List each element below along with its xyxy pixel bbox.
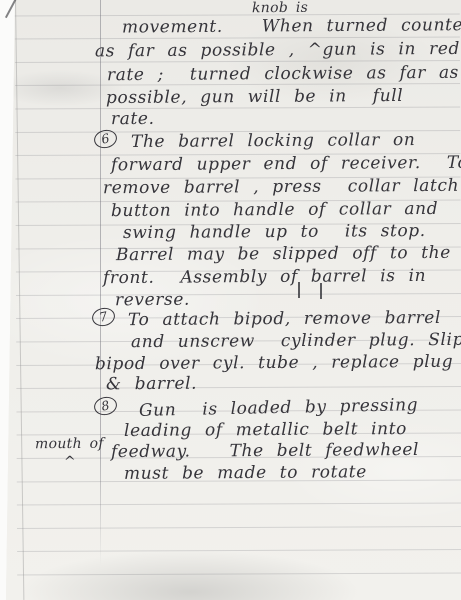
handwritten-line: feedway. The belt feedwheel [111,440,419,462]
handwritten-line: movement. When turned counterclockwise [122,14,461,37]
handwritten-line: and unscrew cylinder plug. Slip [131,330,461,352]
handwritten-line: reverse. [115,290,190,311]
margin-rule-line [100,0,101,566]
handwritten-line: remove barrel , press collar latch [103,176,459,198]
handwritten-line: as far as possible , ^gun is in reduced [95,39,461,62]
stray-pen-mark [298,282,300,298]
handwritten-line: The barrel locking collar on [131,130,416,152]
handwritten-line: swing handle up to its stop. [123,221,426,243]
handwritten-line: & barrel. [106,374,197,395]
handwritten-line: possible, gun will be in full [106,86,403,108]
handwritten-line: rate ; turned clockwise as far as [107,63,459,85]
margin-caret: ^ [64,452,76,472]
handwritten-line: button into handle of collar and [111,199,438,221]
scanned-notebook-page: knob is movement. When turned counterclo… [0,0,461,600]
stray-pen-mark [320,283,322,299]
handwritten-line: forward upper end of receiver. To [111,153,461,175]
handwritten-line: Barrel may be slipped off to the [116,243,451,265]
handwritten-line: rate. [111,109,155,129]
handwritten-line: leading of metallic belt into [124,419,407,441]
handwritten-line: must be made to rotate [124,462,367,484]
handwritten-line: To attach bipod, remove barrel [128,308,441,330]
handwritten-line: bipod over cyl. tube , replace plug [95,352,453,375]
handwritten-line: front. Assembly of barrel is in [103,266,426,288]
